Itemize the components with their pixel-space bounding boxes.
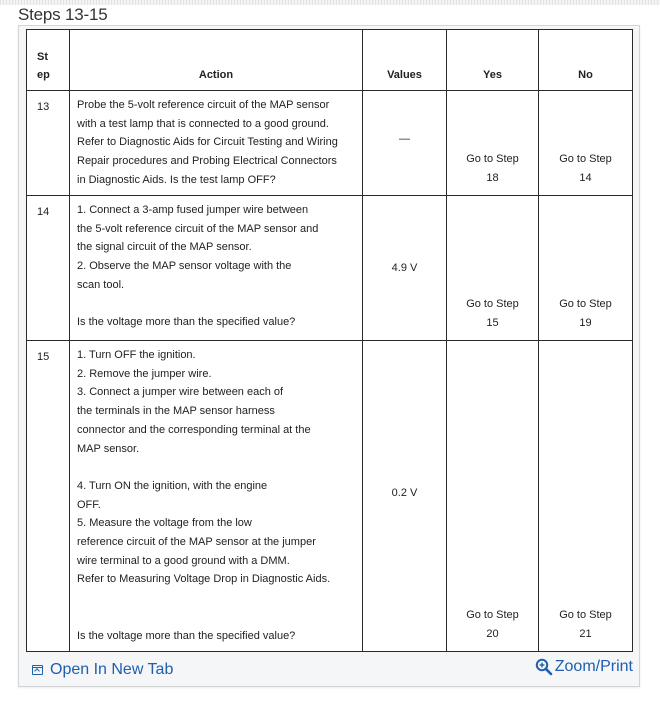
zoom-print-link[interactable]: Zoom/Print (535, 658, 633, 676)
no-goto-label: Go to Step (539, 606, 632, 625)
yes-goto-step: 18 (447, 169, 538, 188)
header-action: Action (70, 30, 363, 91)
header-values: Values (363, 30, 447, 91)
action-line: reference circuit of the MAP sensor at t… (77, 533, 356, 552)
yes-goto-label: Go to Step (447, 295, 538, 314)
yes-cell: Go to Step20 (447, 341, 539, 652)
step-number-cell: 14 (27, 196, 70, 341)
action-line: wire terminal to a good ground with a DM… (77, 552, 356, 571)
action-cell: Probe the 5-volt reference circuit of th… (70, 91, 363, 196)
header-no: No (539, 30, 633, 91)
action-line: connector and the corresponding terminal… (77, 421, 356, 440)
yes-cell: Go to Step18 (447, 91, 539, 196)
value-cell: 4.9 V (363, 196, 447, 341)
action-line: scan tool. (77, 276, 356, 295)
action-spacer (77, 295, 356, 314)
action-line: with a test lamp that is connected to a … (77, 115, 356, 134)
action-cell: 1. Connect a 3-amp fused jumper wire bet… (70, 196, 363, 341)
action-line: Probe the 5-volt reference circuit of th… (77, 96, 356, 115)
step-number-cell: 13 (27, 91, 70, 196)
action-line: 2. Observe the MAP sensor voltage with t… (77, 257, 356, 276)
no-goto-label: Go to Step (539, 295, 632, 314)
table-row: 13Probe the 5-volt reference circuit of … (27, 91, 633, 196)
header-step-line-1: St (37, 48, 69, 66)
action-line: 5. Measure the voltage from the low (77, 514, 356, 533)
page-title: Steps 13-15 (18, 5, 107, 25)
action-line: MAP sensor. (77, 440, 356, 459)
action-spacer (77, 589, 356, 608)
action-line: the signal circuit of the MAP sensor. (77, 238, 356, 257)
zoom-print-label: Zoom/Print (555, 658, 633, 676)
action-line: the 5-volt reference circuit of the MAP … (77, 220, 356, 239)
yes-goto-label: Go to Step (447, 606, 538, 625)
action-line: Repair procedures and Probing Electrical… (77, 152, 356, 171)
action-line: Refer to Diagnostic Aids for Circuit Tes… (77, 133, 356, 152)
open-in-new-tab-label: Open In New Tab (50, 661, 173, 679)
diagnostic-steps-table: St ep Action Values Yes No 13Probe the 5… (26, 29, 633, 652)
header-step: St ep (27, 30, 70, 91)
action-cell: 1. Turn OFF the ignition.2. Remove the j… (70, 341, 363, 652)
header-row: St ep Action Values Yes No (27, 30, 633, 91)
yes-goto-step: 15 (447, 314, 538, 333)
action-line: the terminals in the MAP sensor harness (77, 402, 356, 421)
header-yes: Yes (447, 30, 539, 91)
no-cell: Go to Step14 (539, 91, 633, 196)
table-footer-bar: Open In New Tab Zoom/Print (19, 652, 639, 686)
yes-cell: Go to Step15 (447, 196, 539, 341)
action-line: Refer to Measuring Voltage Drop in Diagn… (77, 570, 356, 589)
action-line: Is the voltage more than the specified v… (77, 313, 356, 332)
no-goto-step: 14 (539, 169, 632, 188)
value-cell: — (363, 91, 447, 196)
no-goto-label: Go to Step (539, 150, 632, 169)
table-row: 141. Connect a 3-amp fused jumper wire b… (27, 196, 633, 341)
action-spacer (77, 608, 356, 627)
action-line: 4. Turn ON the ignition, with the engine (77, 477, 356, 496)
action-line: Is the voltage more than the specified v… (77, 627, 356, 646)
table-row: 151. Turn OFF the ignition.2. Remove the… (27, 341, 633, 652)
action-line: 1. Connect a 3-amp fused jumper wire bet… (77, 201, 356, 220)
magnifier-plus-icon (535, 658, 553, 676)
step-number-cell: 15 (27, 341, 70, 652)
no-goto-step: 19 (539, 314, 632, 333)
yes-goto-step: 20 (447, 625, 538, 644)
no-goto-step: 21 (539, 625, 632, 644)
action-line: 1. Turn OFF the ignition. (77, 346, 356, 365)
action-line: in Diagnostic Aids. Is the test lamp OFF… (77, 171, 356, 190)
no-cell: Go to Step21 (539, 341, 633, 652)
open-new-tab-icon (32, 665, 43, 675)
action-line: 3. Connect a jumper wire between each of (77, 383, 356, 402)
open-in-new-tab-link[interactable]: Open In New Tab (32, 661, 173, 679)
value-cell: 0.2 V (363, 341, 447, 652)
action-line: OFF. (77, 496, 356, 515)
no-cell: Go to Step19 (539, 196, 633, 341)
action-line: 2. Remove the jumper wire. (77, 365, 356, 384)
action-spacer (77, 458, 356, 477)
header-step-line-2: ep (37, 66, 69, 84)
yes-goto-label: Go to Step (447, 150, 538, 169)
